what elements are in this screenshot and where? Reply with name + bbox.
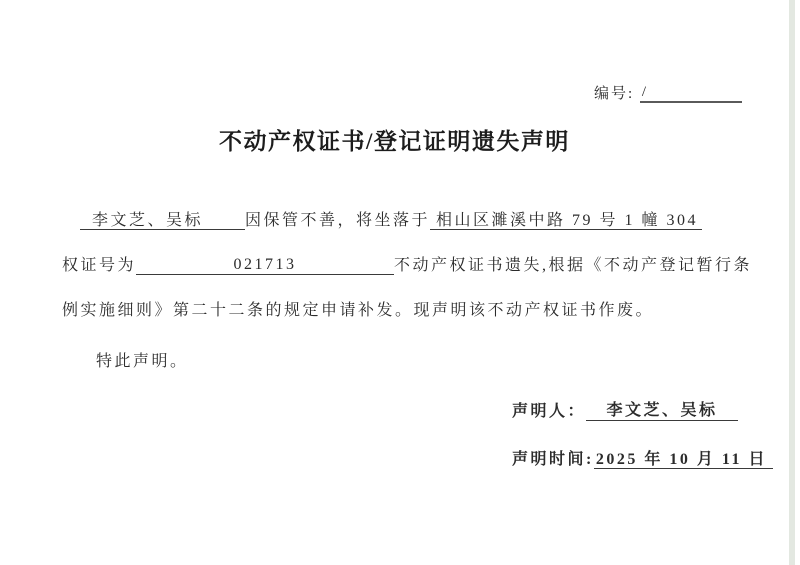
declarant-signature-field: 李文芝、吴标 <box>586 397 738 421</box>
line1-static-text: 因保管不善，将坐落于 <box>245 212 430 229</box>
paragraph-line-2: 权证号为021713不动产权证书遗失,根据《不动产登记暂行条 <box>62 252 752 275</box>
signature-declarant-line: 声明人：李文芝、吴标 <box>512 397 738 421</box>
signature-date-line: 声明时间:2025 年 10 月 11 日 <box>512 446 773 469</box>
date-label: 声明时间: <box>512 451 594 468</box>
property-address-field: 相山区濉溪中路 79 号 1 幢 304 <box>430 212 702 230</box>
declarant-names-field: 李文芝、吴标 <box>80 212 245 230</box>
doc-number-blank: / <box>640 84 742 103</box>
doc-number-label: 编号: <box>594 86 640 102</box>
page-right-edge-strip <box>789 0 795 565</box>
page-title: 不动产权证书/登记证明遗失声明 <box>0 123 789 156</box>
doc-number-value: / <box>642 84 648 100</box>
declarant-label: 声明人： <box>512 403 586 420</box>
line2-suffix-text: 不动产权证书遗失,根据《不动产登记暂行条 <box>394 257 752 274</box>
closing-statement: 特此声明。 <box>62 348 189 371</box>
doc-number-line: 编号: / <box>594 82 742 103</box>
date-value-field: 2025 年 10 月 11 日 <box>594 451 773 469</box>
line2-prefix-text: 权证号为 <box>62 257 136 274</box>
certificate-number-field: 021713 <box>136 256 394 275</box>
paragraph-line-3: 例实施细则》第二十二条的规定申请补发。现声明该不动产权证书作废。 <box>62 297 654 320</box>
paragraph-line-1: 李文芝、吴标因保管不善，将坐落于相山区濉溪中路 79 号 1 幢 304 <box>80 207 702 230</box>
